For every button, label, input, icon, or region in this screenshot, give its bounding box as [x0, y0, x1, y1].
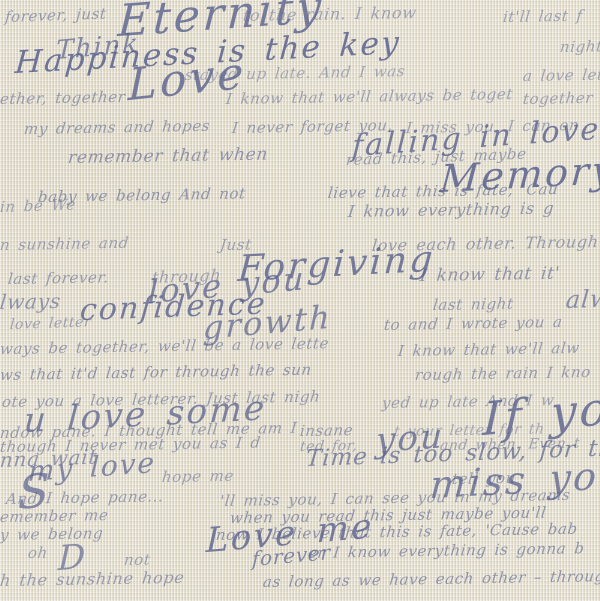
script-phrase: I know that we'll always be toget: [225, 87, 514, 107]
script-phrase: ways be together, we'll be a love lette: [0, 336, 330, 357]
script-phrase: love letter: [9, 315, 91, 332]
script-phrase: n sunshine and: [0, 236, 130, 253]
script-phrase: a love lette: [522, 67, 600, 84]
script-phrase: I know everything is g: [347, 200, 555, 220]
script-phrase: my dreams and hopes: [23, 119, 211, 137]
script-phrase: insane: [299, 423, 354, 439]
script-phrase: er I know everything is gonna b: [307, 541, 585, 561]
script-phrase: And I hope pane...: [5, 489, 164, 507]
script-phrase: last night: [432, 297, 514, 313]
script-phrase: not: [123, 553, 151, 568]
script-phrase: always: [565, 285, 600, 312]
script-phrase: night: [559, 39, 600, 55]
script-phrase: rough the rain I kno: [414, 365, 591, 383]
script-phrase: remember that when: [67, 146, 269, 167]
script-wallpaper: forever, just to the rain. I know it'll …: [0, 0, 600, 601]
script-phrase: to and I wrote you a: [383, 315, 563, 333]
script-phrase: as long as we have each other – throug: [262, 569, 600, 590]
script-phrase: emember me: [0, 508, 109, 525]
script-phrase: in be We: [0, 197, 76, 215]
script-phrase: oh: [27, 546, 48, 561]
script-phrase: ws that it'd last for through the sun: [0, 363, 313, 383]
script-phrase: ether, together: [0, 90, 126, 107]
script-phrase: forever, just: [4, 6, 107, 25]
script-phrase: y we belong: [0, 526, 104, 543]
script-phrase: lways: [0, 291, 62, 312]
script-phrase: h the sunshine hope: [0, 570, 185, 589]
script-phrase: I know that it': [419, 266, 561, 285]
script-phrase: I know that we'll alw: [397, 341, 580, 359]
script-phrase: hope me: [161, 469, 235, 485]
script-phrase: together: [522, 91, 594, 107]
script-phrase: it'll last f: [502, 9, 583, 25]
script-phrase: last forever.: [7, 270, 110, 287]
